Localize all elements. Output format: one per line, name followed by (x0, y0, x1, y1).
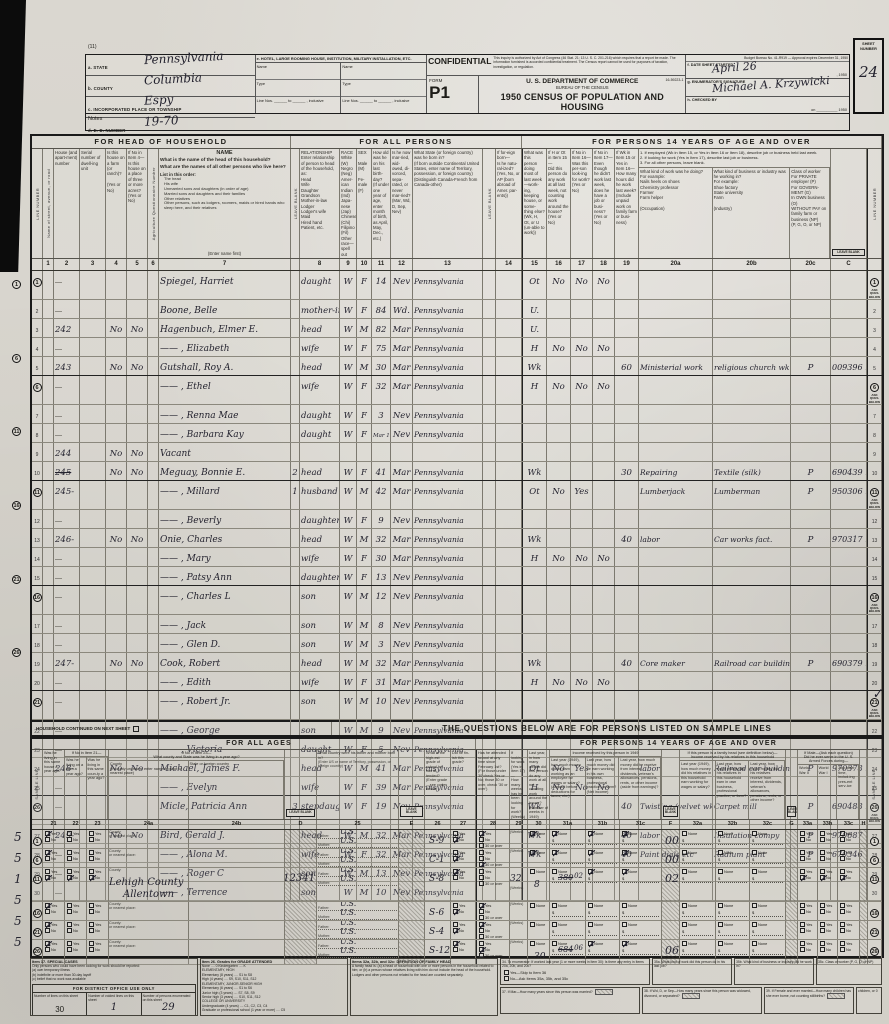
checkbox (800, 856, 805, 861)
cell: Yes✗No (798, 868, 818, 901)
cell: 13 (372, 567, 391, 585)
cell: M (357, 481, 372, 509)
cell: —— , Barbara Kay (159, 424, 291, 442)
cell: Nev (391, 510, 413, 528)
cell: 16 (32, 902, 43, 920)
cell: W (340, 319, 357, 337)
grade-entry: S-12 (429, 947, 450, 956)
cell (483, 615, 496, 633)
cell: Wd. (391, 300, 413, 318)
cell (43, 567, 54, 585)
cell (189, 849, 285, 867)
answer-box (682, 993, 700, 999)
cell (713, 443, 791, 461)
cell: ✗YesNo (43, 849, 65, 867)
cell (831, 300, 867, 318)
column-header: Serial number of dwell-ing unit (80, 149, 106, 258)
cell (639, 672, 713, 690)
hotel-column: NameTypeLine Nos. ______ to ______ , inc… (256, 63, 342, 113)
cell (148, 586, 159, 614)
cell (496, 376, 522, 404)
checkbox (479, 928, 484, 933)
cell (106, 510, 127, 528)
column-header: What country were his father and mother … (317, 750, 399, 819)
column-header: LEAVE BLANK (786, 750, 798, 819)
cell (571, 691, 593, 719)
column-number (868, 820, 882, 829)
column-header: What was this person doing most of last … (522, 149, 547, 258)
cell (372, 443, 391, 461)
cell: son (300, 691, 340, 719)
sample-body: 1✗YesNoYesNoYesNoCounty:or nearest place… (32, 830, 882, 965)
checkbox: ✗ (45, 903, 50, 908)
cell (593, 481, 615, 509)
cell (148, 300, 159, 318)
column-header: Any other time, includ-ing pres-ent serv… (837, 765, 859, 819)
column-number: 1 (43, 259, 54, 270)
checkbox (752, 869, 757, 874)
cell (496, 634, 522, 652)
cell (43, 586, 54, 614)
column-header: What kind of business or industry was he… (713, 168, 791, 259)
line-number: 4 (867, 338, 882, 356)
bureau: BUREAU OF THE CENSUS (479, 85, 685, 90)
cell: No (571, 338, 593, 356)
checkbox (89, 856, 94, 861)
checkbox: ✗ (453, 928, 458, 933)
cell (713, 672, 791, 690)
column-number: 23 (87, 820, 109, 829)
cell (831, 443, 867, 461)
cell: Wk (522, 357, 547, 375)
cell (860, 868, 868, 901)
continue-bar: HOUSEHOLD CONTINUED ON NEXT SHEET THE QU… (30, 722, 884, 737)
cell: —— , Millard (159, 481, 291, 509)
column-header: Last year, how much money did his relati… (749, 761, 785, 819)
cell: — (54, 300, 80, 318)
line-number: 17 (32, 615, 43, 633)
cell: —— , Charles L (159, 586, 291, 614)
cell (496, 338, 522, 356)
cell: No (547, 481, 571, 509)
checkbox (89, 831, 94, 836)
cell (483, 271, 496, 299)
cell (496, 300, 522, 318)
cell: wife (300, 338, 340, 356)
checkbox: ✗ (45, 850, 50, 855)
cell (593, 634, 615, 652)
checkbox (552, 903, 557, 908)
cell: Yes✗No (451, 921, 476, 939)
cell (80, 567, 106, 585)
column-header: If Wk in Item 15 or Yes in Item 16— How … (615, 149, 639, 258)
cell: None$ (550, 921, 586, 939)
cell: YesNo (798, 849, 818, 867)
cell: Railroad car building (713, 653, 791, 671)
cell (547, 319, 571, 337)
item35-block: 35a. What kind of work did this person d… (652, 958, 732, 985)
section-title: FOR ALL PERSONS (291, 136, 522, 148)
cell: F (357, 567, 372, 585)
cell: Textile (silk) (713, 462, 791, 480)
cell (831, 376, 867, 404)
cell (615, 271, 639, 299)
cell: W (340, 271, 357, 299)
cell: None$ (750, 849, 786, 867)
office-code: 02 (665, 873, 679, 885)
checkbox (479, 881, 484, 886)
census-sheet-scan: (11) a. STATEPennsylvaniab. COUNTYColumb… (0, 0, 889, 1024)
column-header: Was he living on a farm a year ago? (65, 757, 87, 819)
cell: None$ (750, 921, 786, 939)
table-row: 12——— , BeverlydaughterWF9NevPennsylvani… (32, 510, 882, 529)
cell: 00 (662, 830, 680, 848)
line-number: 21 (32, 691, 43, 719)
checkbox: ✗ (479, 831, 484, 836)
name-entry: —— , Mary (160, 554, 211, 564)
checkbox: ✗ (820, 875, 825, 880)
checkbox (530, 941, 535, 946)
cell: Ministerial work (639, 357, 713, 375)
office-code: 06 (665, 945, 679, 957)
cell: M (357, 691, 372, 719)
checkbox (718, 831, 723, 836)
checkbox: ✗ (588, 869, 593, 874)
column-header: LEAVE BLANK (285, 750, 317, 819)
cell: Pennsylvania (413, 691, 483, 719)
cell: — (54, 548, 80, 566)
cell: No (127, 653, 148, 671)
cell: Yes✗No (43, 868, 65, 901)
cell: 32(Weeks) (510, 868, 528, 901)
amount-entry: 684 (558, 946, 573, 954)
checkbox (800, 928, 805, 933)
cell: None$ (716, 868, 750, 901)
checkbox (530, 922, 535, 927)
location-fields: a. STATEPennsylvaniab. COUNTYColumbiac. … (86, 55, 256, 113)
table-row: 3242NoNoHagenbuch, Elmer E.headWM82MarPe… (32, 319, 882, 338)
column-number: E (399, 820, 425, 829)
cell: (Weeks) (510, 921, 528, 939)
cell: —— , Robert Jr. (159, 691, 291, 719)
cell (791, 567, 831, 585)
children-box: children, or 0 (856, 987, 882, 1014)
cell (285, 902, 317, 920)
cell: 246- (54, 529, 80, 547)
name-entry: —— , Edith (160, 678, 211, 688)
cell: W (340, 653, 357, 671)
cell (496, 462, 522, 480)
checkbox: ✗ (45, 831, 50, 836)
cell: ✗None$ (550, 830, 586, 848)
office-code: 06 (574, 945, 583, 952)
line-number: 18 (32, 634, 43, 652)
cell: No (106, 443, 127, 461)
cell: ✗None$ (550, 849, 586, 867)
name-entry: Gutshall, Roy A. (160, 363, 233, 373)
district-cell: Number of voided lines on this sheet1 (87, 993, 141, 1015)
checkbox (752, 831, 757, 836)
cell (80, 529, 106, 547)
continued-checkbox (133, 726, 139, 732)
column-header: Last year, how much money did he receive… (619, 757, 661, 819)
cell: wife (300, 376, 340, 404)
cell (106, 300, 127, 318)
cell: Boone, Belle (159, 300, 291, 318)
table-row: 11245-—— , Millard1husbandWM42MarPennsyl… (32, 480, 882, 510)
cell: YesNo (65, 921, 87, 939)
cell: ✗None$ (620, 868, 662, 901)
cell: 10 (372, 691, 391, 719)
cell: YesNo (798, 921, 818, 939)
cell: wife (300, 672, 340, 690)
cell: Ot (522, 271, 547, 299)
checkbox (682, 941, 687, 946)
cell: W (340, 357, 357, 375)
checkbox: ✗ (588, 831, 593, 836)
checkbox: ✗ (552, 831, 557, 836)
checkbox (840, 831, 845, 836)
cell: Pennsylvania (413, 338, 483, 356)
checkbox (453, 875, 458, 880)
checkbox (820, 947, 825, 952)
cell: None (528, 921, 550, 939)
column-number: 10 (357, 259, 372, 270)
checkbox: ✗ (45, 941, 50, 946)
cell (615, 586, 639, 614)
cell: 42 (372, 481, 391, 509)
cell (713, 567, 791, 585)
checkbox (820, 837, 825, 842)
cell (522, 634, 547, 652)
cell: — (54, 424, 80, 442)
cell (571, 615, 593, 633)
checkbox (682, 903, 687, 908)
checkbox (622, 922, 627, 927)
sample-weight-mark: 5 (14, 936, 22, 949)
name-entry: Meguay, Bonnie E. (160, 468, 245, 478)
line-number: 15 (32, 567, 43, 585)
confidential-label: CONFIDENTIAL (428, 56, 491, 74)
checkbox (45, 947, 50, 952)
check-mark: ✗ (453, 926, 460, 936)
cell (496, 653, 522, 671)
name-entry: —— , Robert Jr. (160, 697, 230, 707)
cell: No (571, 672, 593, 690)
right-footer: 34. To enumerator: If worked last year (… (500, 958, 884, 1016)
cell: No (106, 319, 127, 337)
cell (80, 481, 106, 509)
cell: Mar (391, 338, 413, 356)
cell: husband (300, 481, 340, 509)
sample-weight-mark: 5 (14, 894, 22, 907)
checkbox (840, 837, 845, 842)
cell: Mar (391, 357, 413, 375)
column-number: 5 (127, 259, 148, 270)
column-header: SAMPLE LINE (32, 750, 43, 819)
cell (483, 424, 496, 442)
footer-instructions: Item 17. SPECIAL CASESOnly persons who c… (30, 958, 884, 1016)
cell: YesNo (87, 830, 109, 848)
cell: —— , Jack (159, 615, 291, 633)
cell: No (106, 653, 127, 671)
table-row: 1—Spiegel, HarrietdaughtWF14NevPennsylva… (32, 271, 882, 300)
checkbox (752, 922, 757, 927)
checkbox (752, 903, 757, 908)
checkbox: ✗ (622, 869, 627, 874)
sheet-number-value: 24 (855, 65, 882, 81)
cell (127, 567, 148, 585)
cell: Yes✗No (838, 868, 860, 901)
cell (80, 510, 106, 528)
cell (522, 615, 547, 633)
county-entry: Lehigh County (109, 877, 183, 888)
sample-row: 21✗YesNoYesNoYesNoCounty:or nearest plac… (32, 921, 882, 940)
sample-row: 6✗YesNoYesNoYesNoCounty:or nearest place… (32, 849, 882, 868)
checkbox: ✗ (89, 875, 94, 880)
cell (496, 510, 522, 528)
cell: No (127, 357, 148, 375)
column-number: 25 (317, 820, 399, 829)
cell (547, 424, 571, 442)
checkbox (479, 837, 484, 842)
checkbox (840, 922, 845, 927)
cell (189, 902, 285, 920)
cell: Cook, Robert (159, 653, 291, 671)
cell: YesNo (65, 902, 87, 920)
form-code: 16-59223-1 (666, 78, 684, 82)
sheet-number-box: SHEET NUMBER 24 (853, 38, 884, 114)
cell (189, 830, 285, 848)
column-group: Income received by this person in 1949La… (550, 750, 662, 819)
cell (291, 443, 300, 461)
cell (547, 529, 571, 547)
line-number: 4 (32, 338, 43, 356)
cell: ✗None (528, 849, 550, 867)
checkbox (504, 970, 509, 975)
cell: C-1 (425, 849, 451, 867)
cell (593, 443, 615, 461)
column-group: If Male—(Ask each question) Did he ever … (798, 750, 860, 819)
check-mark: ✗ (530, 830, 537, 839)
cell: None$ (750, 830, 786, 848)
cell: ✗None$ (620, 830, 662, 848)
family-head-definition-block: Items 32a, 32b, and 32c: DEFINITION OF F… (350, 958, 498, 1016)
cell: No (127, 443, 148, 461)
cell (80, 338, 106, 356)
household-continued-label: HOUSEHOLD CONTINUED ON NEXT SHEET (32, 722, 332, 735)
cell: daught (300, 271, 340, 299)
father-entry: U.S. (340, 921, 356, 927)
sample-lines-table: FOR ALL AGESFOR PERSONS 14 YEARS OF AGE … (30, 737, 884, 958)
line-number: 7 (32, 405, 43, 423)
cell: 242 (54, 319, 80, 337)
column-number: 28 (476, 820, 510, 829)
checkbox (682, 869, 687, 874)
checkbox (479, 875, 484, 880)
cell: —— , Patsy Ann (159, 567, 291, 585)
name-entry: —— , Jack (160, 621, 206, 631)
cell (483, 405, 496, 423)
cell: head (300, 653, 340, 671)
cell (483, 319, 496, 337)
column-header: If No in Item 17— Even though he didn't … (593, 149, 615, 258)
checkbox (479, 953, 484, 958)
cell: Spiegel, Harriet (159, 271, 291, 299)
cell: None$ (680, 830, 716, 848)
cell (831, 510, 867, 528)
cell (148, 672, 159, 690)
cell: YesNo (838, 849, 860, 867)
cell (860, 921, 868, 939)
line-number: 1ASK QUES. BELOW (867, 271, 882, 299)
cell (80, 424, 106, 442)
father-entry: U.S. (340, 902, 356, 908)
cell: YesNo (838, 830, 860, 848)
cell (148, 691, 159, 719)
cell: M (357, 357, 372, 375)
cell (831, 548, 867, 566)
checkbox: ✗ (530, 850, 535, 855)
checkbox (89, 850, 94, 855)
cell (80, 634, 106, 652)
cell: —— , Renna Mae (159, 405, 291, 423)
cell (106, 376, 127, 404)
checkbox: ✗ (453, 869, 458, 874)
cell: Yes✗No (65, 868, 87, 901)
column-header: LEAVE BLANK (831, 149, 867, 258)
form-number-box: FORM P1 (427, 76, 479, 113)
table-row: 10245NoNoMeguay, Bonnie E.2headWF41MarPe… (32, 462, 882, 481)
budget-line: Budget Bureau No. 41-R919 — Approval exp… (686, 55, 849, 62)
cell: 247- (54, 653, 80, 671)
checkbox: ✗ (67, 875, 72, 880)
cell (522, 405, 547, 423)
cell (291, 376, 300, 404)
cell (106, 691, 127, 719)
cell (106, 338, 127, 356)
margin-line-circle: 26 (12, 648, 21, 657)
cell (791, 271, 831, 299)
main-column-headers: LINE NUMBERName of street, avenue, or ro… (32, 149, 882, 259)
check-mark: ✗ (453, 854, 460, 864)
cell: 32 (372, 653, 391, 671)
cell (483, 672, 496, 690)
cell: —— , Glen D. (159, 634, 291, 652)
cell: ✗None$ (586, 830, 620, 848)
cell: Father:U.S.Mother:U.S. (317, 921, 399, 939)
cell: U. (522, 319, 547, 337)
cell: ✗YesNo30 or over (476, 921, 510, 939)
cell (831, 338, 867, 356)
sample-weight-mark: 5 (14, 852, 22, 865)
checkbox (45, 928, 50, 933)
column-number: 4 (106, 259, 127, 270)
sample-section-titles: FOR ALL AGESFOR PERSONS 14 YEARS OF AGE … (32, 739, 882, 750)
cell: F (357, 510, 372, 528)
cell (615, 672, 639, 690)
line-number: 10 (867, 462, 882, 480)
section-title: FOR PERSONS 14 YEARS OF AGE AND OVER (522, 136, 882, 148)
line-number: 8 (867, 424, 882, 442)
cell (291, 405, 300, 423)
checkbox (67, 909, 72, 914)
cell: Father:U.S.Mother:U.S. (317, 830, 399, 848)
cell: 32 (372, 376, 391, 404)
cell (571, 319, 593, 337)
cell: 212341 (285, 868, 317, 901)
cell: 30 (372, 548, 391, 566)
